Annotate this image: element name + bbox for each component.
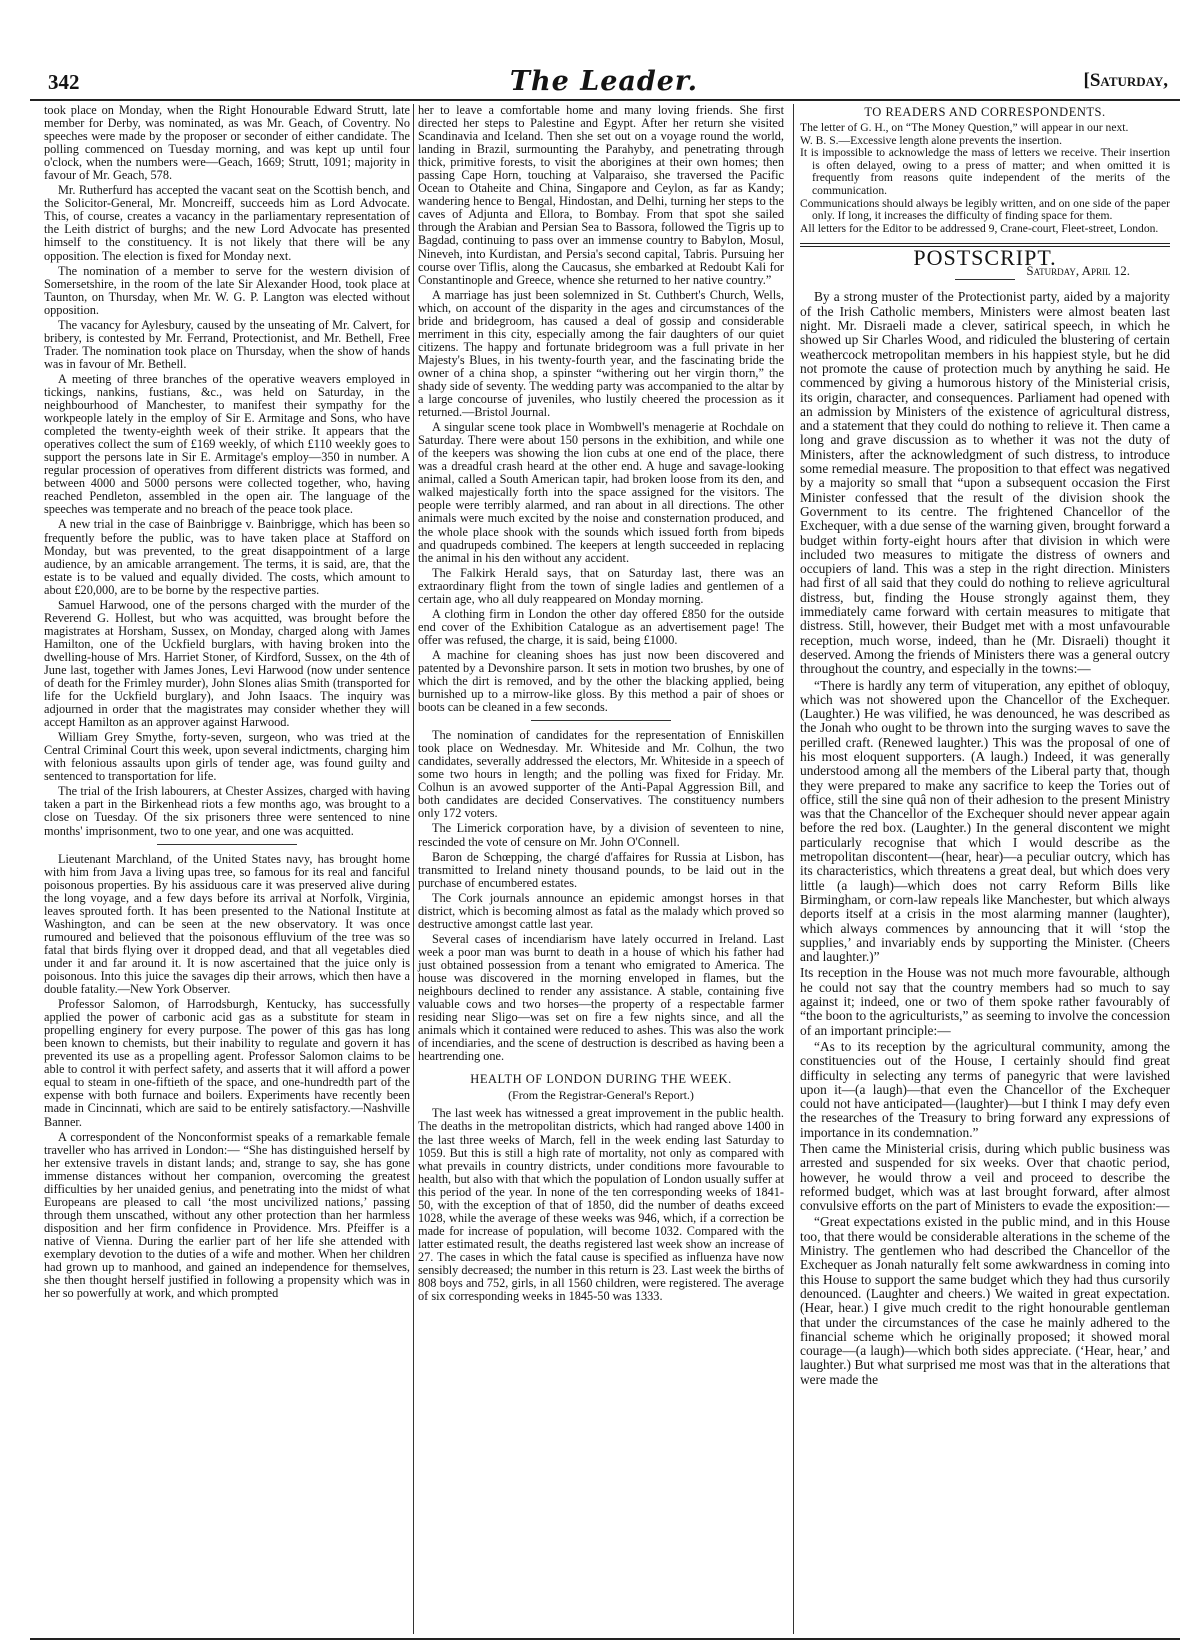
article-paragraph: Several cases of incendiarism have latel… (418, 933, 784, 1063)
postscript-paragraph: Then came the Ministerial crisis, during… (800, 1142, 1170, 1213)
article-paragraph: William Grey Smythe, forty-seven, surgeo… (44, 731, 410, 783)
article-paragraph: The vacancy for Aylesbury, caused by the… (44, 319, 410, 371)
section-divider (157, 844, 297, 845)
correspondents-heading: TO READERS AND CORRESPONDENTS. (800, 106, 1170, 119)
article-paragraph: A correspondent of the Nonconformist spe… (44, 1131, 410, 1301)
postscript-quote: “As to its reception by the agricultural… (800, 1040, 1170, 1140)
correspondent-note: It is impossible to acknowledge the mass… (800, 147, 1170, 197)
article-paragraph: Samuel Harwood, one of the persons charg… (44, 599, 410, 729)
article-paragraph: A new trial in the case of Bainbrigge v.… (44, 518, 410, 596)
article-paragraph: Lieutenant Marchland, of the United Stat… (44, 853, 410, 997)
column-1: took place on Monday, when the Right Hon… (44, 104, 410, 1302)
article-paragraph: The Cork journals announce an epidemic a… (418, 892, 784, 931)
article-paragraph: Mr. Rutherfurd has accepted the vacant s… (44, 184, 410, 262)
dateline: [Saturday, (1084, 70, 1169, 92)
article-paragraph: A marriage has just been solemnized in S… (418, 289, 784, 419)
health-section-subheading: (From the Registrar-General's Report.) (418, 1089, 784, 1102)
postscript-body: By a strong muster of the Protectionist … (800, 290, 1170, 1387)
postscript-quote: “There is hardly any term of vituperatio… (800, 679, 1170, 965)
article-paragraph: The Limerick corporation have, by a divi… (418, 822, 784, 848)
column-2: her to leave a comfortable home and many… (418, 104, 784, 1305)
article-paragraph: The trial of the Irish labourers, at Che… (44, 785, 410, 837)
column-3: TO READERS AND CORRESPONDENTS. The lette… (800, 104, 1170, 1389)
postscript-paragraph: Its reception in the House was not much … (800, 966, 1170, 1037)
article-paragraph: A clothing firm in London the other day … (418, 608, 784, 647)
article-paragraph: A machine for cleaning shoes has just no… (418, 649, 784, 714)
heading-divider (955, 279, 1015, 280)
health-section-heading: HEALTH OF LONDON DURING THE WEEK. (418, 1073, 784, 1086)
article-paragraph: her to leave a comfortable home and many… (418, 104, 784, 287)
article-paragraph: A singular scene took place in Wombwell'… (418, 421, 784, 565)
article-paragraph: The nomination of candidates for the rep… (418, 729, 784, 820)
article-paragraph: Professor Salomon, of Harrodsburgh, Kent… (44, 998, 410, 1128)
article-paragraph: A meeting of three branches of the opera… (44, 373, 410, 517)
article-paragraph: The nomination of a member to serve for … (44, 265, 410, 317)
correspondent-note: The letter of G. H., on “The Money Quest… (800, 122, 1170, 135)
postscript-quote: “Great expectations existed in the publi… (800, 1215, 1170, 1387)
article-paragraph: The Falkirk Herald says, that on Saturda… (418, 567, 784, 606)
newspaper-title: The Leader. (30, 66, 1178, 97)
postscript-paragraph: By a strong muster of the Protectionist … (800, 290, 1170, 676)
correspondent-note: All letters for the Editor to be address… (800, 223, 1170, 236)
section-divider (531, 720, 671, 721)
masthead: 342 The Leader. [Saturday, (30, 70, 1178, 98)
page-bottom-rule (30, 1638, 1180, 1640)
correspondent-note: Communications should always be legibly … (800, 198, 1170, 223)
article-paragraph: Baron de Schœpping, the chargé d'affaire… (418, 851, 784, 890)
health-report-paragraph: The last week has witnessed a great impr… (418, 1107, 784, 1303)
column-divider (793, 104, 794, 1634)
column-divider (413, 104, 414, 1634)
masthead-rule (30, 99, 1180, 101)
article-paragraph: took place on Monday, when the Right Hon… (44, 104, 410, 182)
